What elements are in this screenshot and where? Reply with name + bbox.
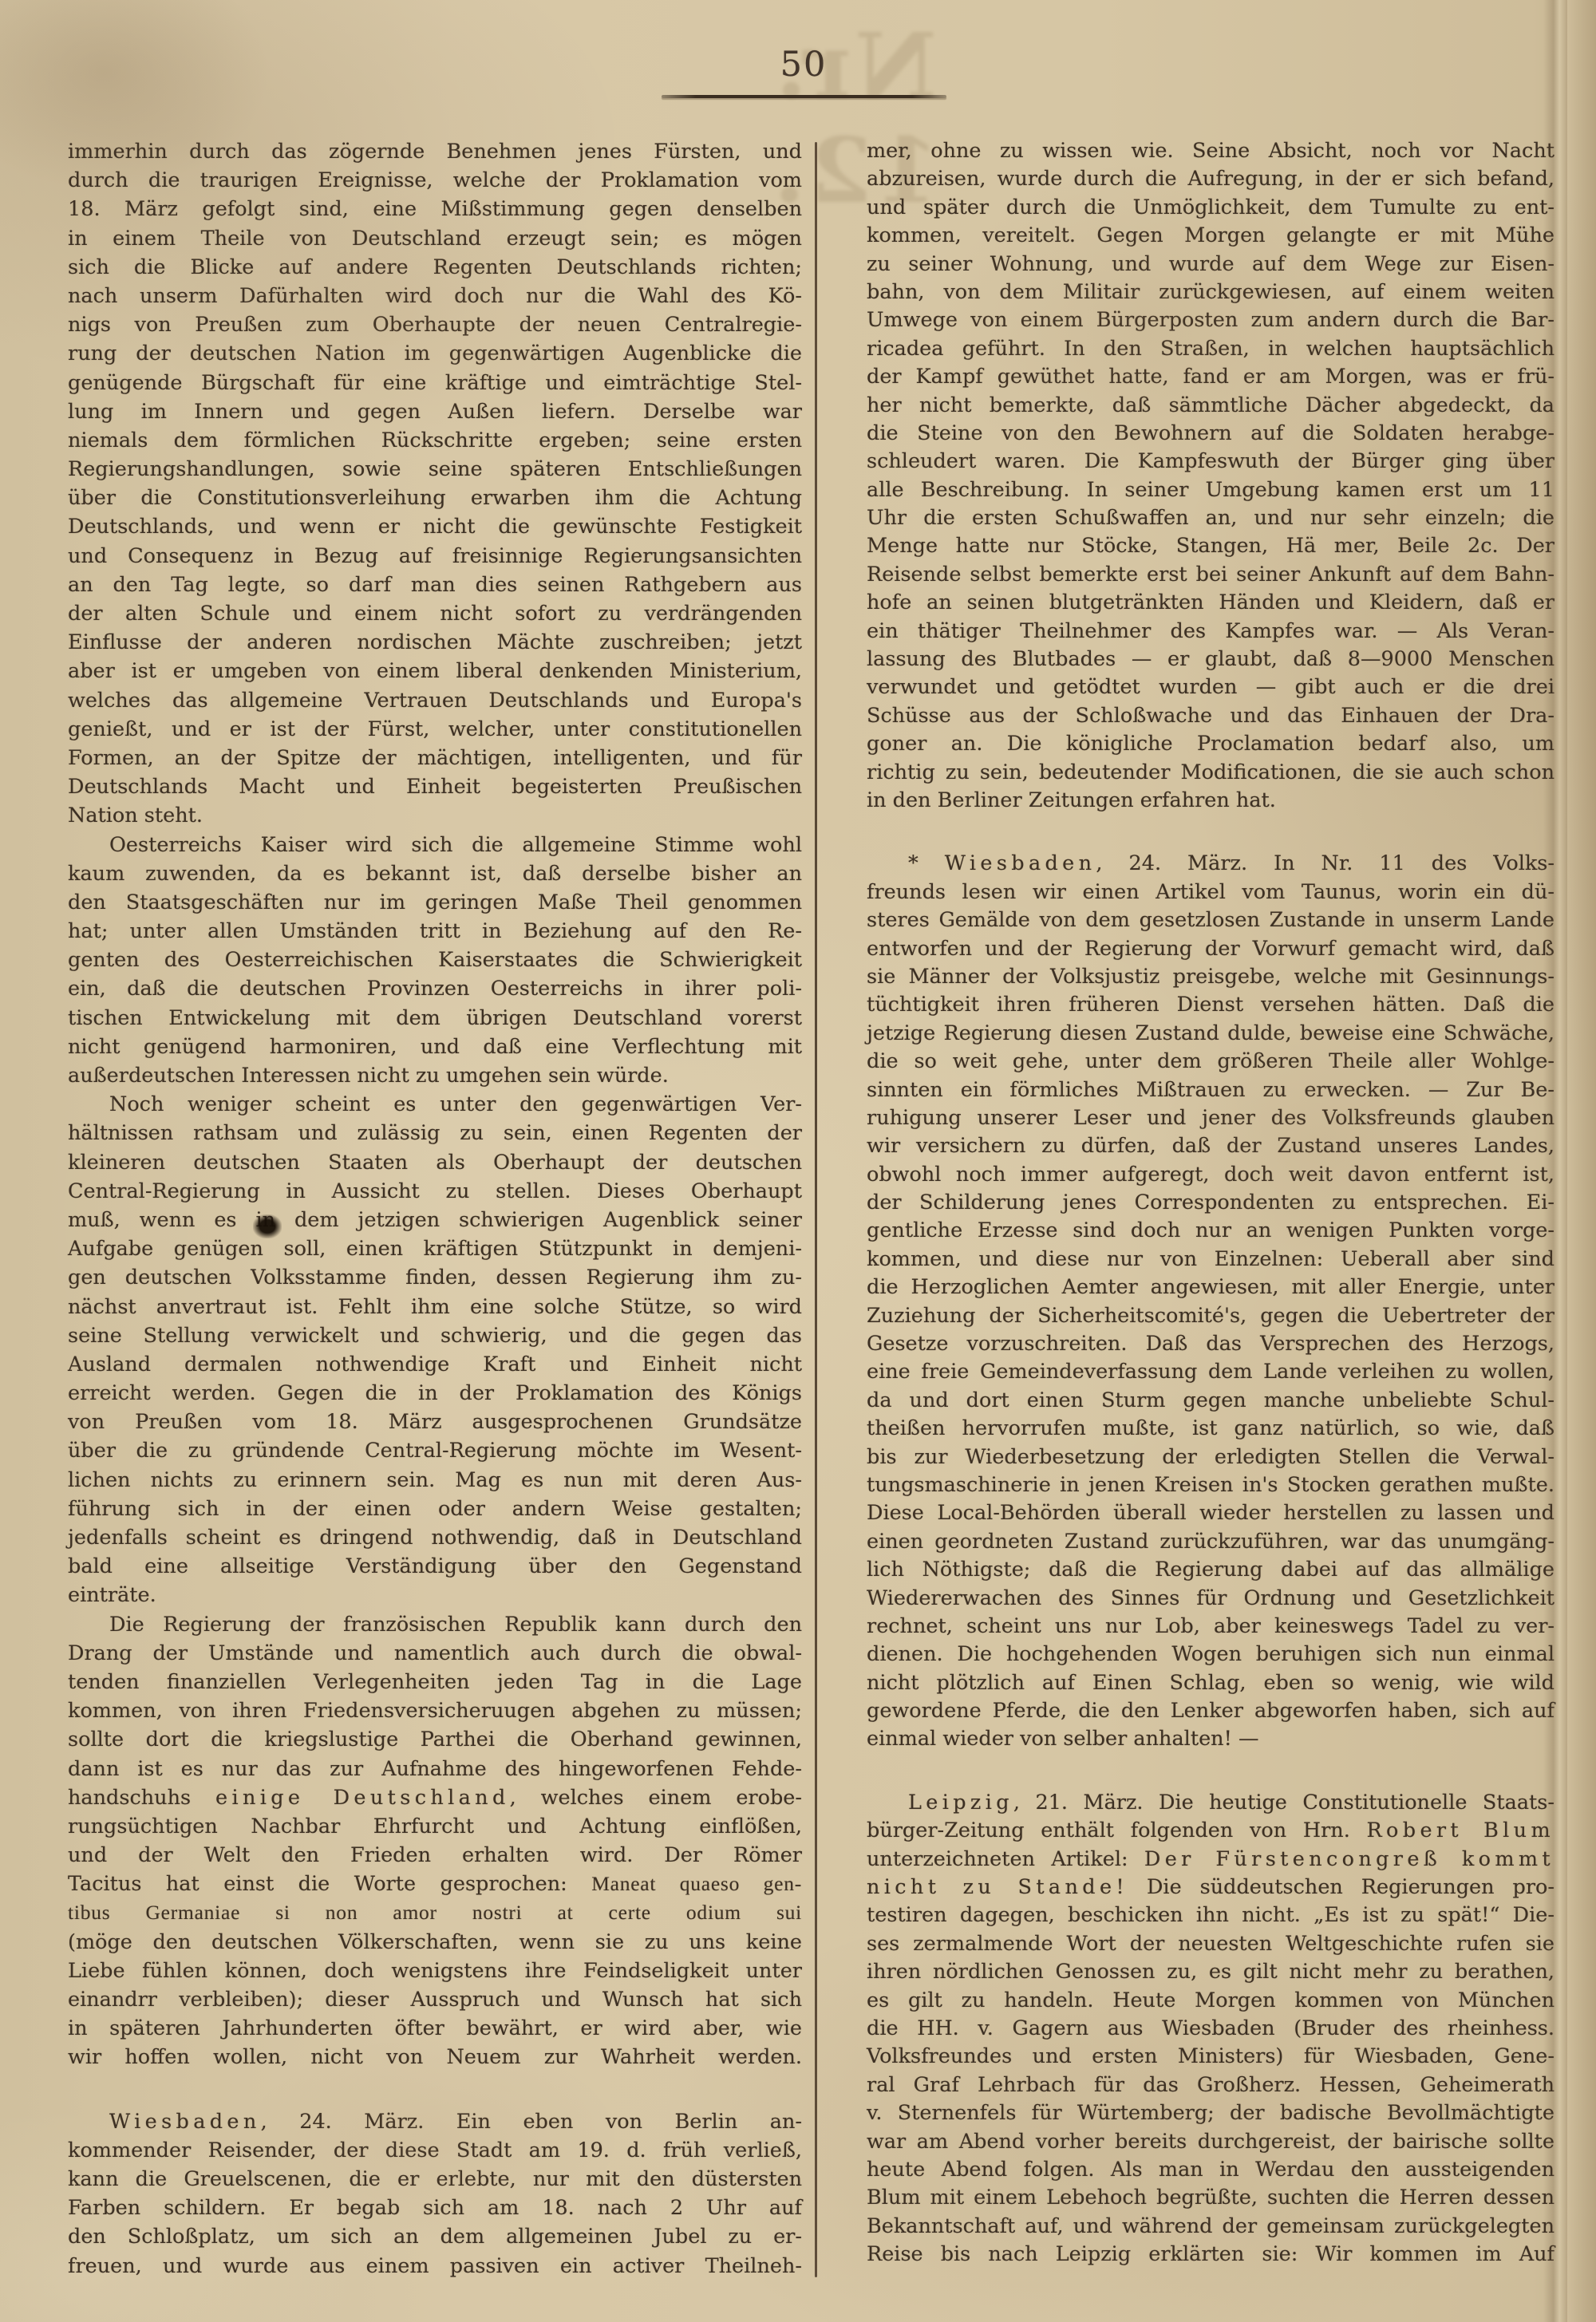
text-line: tenden finanziellen Verlegenheiten jeden… [68,1668,802,1696]
text-line: Leipzig, 21. März. Die heutige Constitut… [867,1789,1555,1817]
text-line: bürger-Zeitung enthält folgenden von Hrn… [867,1817,1555,1845]
text-line: bahn, von dem Militair zurückgewiesen, a… [867,278,1555,306]
text-line: lassung des Blutbades — er glaubt, daß 8… [867,646,1555,673]
text-line: freunds lesen wir einen Artikel vom Taun… [867,879,1555,906]
text-line: hofe an seinen blutgetränkten Händen und… [867,589,1555,617]
ink-blot: in [255,1208,275,1232]
text-line: tischen Entwickelung mit dem übrigen Deu… [68,1004,802,1033]
right-column: mer, ohne zu wissen wie. Seine Absicht, … [867,137,1555,2269]
text-line: von Preußen vom 18. März ausgesprochenen… [68,1408,802,1436]
text-line: sollte dort die kriegslustige Parthei di… [68,1725,802,1754]
text-line: Wiesbaden, 24. März. Ein eben von Berlin… [68,2107,802,2136]
text-line: es gilt zu handeln. Heute Morgen kommen … [867,1987,1555,2015]
text-line: einandrr verbleiben); dieser Ausspruch u… [68,1985,802,2014]
text-line: Tacitus hat einst die Worte gesprochen: … [68,1870,802,1898]
text-line: kommen, von ihren Friedensversicheruugen… [68,1696,802,1725]
text-line: bis zur Wiederbesetzung der erledigten S… [867,1443,1555,1471]
page-number: 50 [740,45,867,85]
text-line: und später durch die Unmöglichkeit, dem … [867,194,1555,222]
text-line: gewordene Pferde, die den Lenker abgewor… [867,1697,1555,1725]
text-line: Formen, an der Spitze der mächtigen, int… [68,744,802,772]
paragraph: immerhin durch das zögernde Benehmen jen… [68,137,802,831]
text-line: 18. März gefolgt sind, eine Mißstimmung … [68,195,802,223]
text-line: in späteren Jahrhunderten öfter bewährt,… [68,2014,802,2043]
text-line: Wiedererwachen des Sinnes für Ordnung un… [867,1585,1555,1613]
text-line: über die zu gründende Central-Regierung … [68,1436,802,1465]
text-line: gentliche Erzesse sind doch nur an wenig… [867,1217,1555,1245]
text-line: wir versichern zu dürfen, daß der Zustan… [867,1132,1555,1160]
text-line: in den Berliner Zeitungen erfahren hat. [867,787,1555,815]
text-line: lich Nöthigste; daß die Regierung dabei … [867,1556,1555,1584]
text-line: Volksfreundes und ersten Ministers) für … [867,2043,1555,2071]
text-line: über die Constitutionsverleihung erwarbe… [68,484,802,512]
text-line: unterzeichneten Artikel: Der Fürstencong… [867,1846,1555,1874]
text-line: wir hoffen wollen, nicht von Neuem zur W… [68,2043,802,2071]
text-line: genügende Bürgschaft für eine kräftige u… [68,369,802,397]
text-line: da und dort einen Sturm gegen manche unb… [867,1387,1555,1415]
text-line: theißen hervorrufen mußte, ist ganz natü… [867,1415,1555,1443]
text-line: dienen. Die hochgehenden Wogen beruhigen… [867,1641,1555,1668]
text-line: Einflusse der anderen nordischen Mächte … [68,628,802,657]
text-line: Bekanntschaft auf, und während der gemei… [867,2213,1555,2241]
text-line: nigs von Preußen zum Oberhaupte der neue… [68,310,802,339]
text-line: ses zermalmende Wort der neuesten Weltge… [867,1930,1555,1958]
text-line: Reise bis nach Leipzig erklärten sie: Wi… [867,2241,1555,2269]
text-line: die Herzoglichen Aemter angewiesen, mit … [867,1274,1555,1301]
text-line: kaum zuwenden, da es bekannt ist, daß de… [68,859,802,888]
text-line: seine Stellung verwickelt und schwierig,… [68,1321,802,1350]
header-rule [662,95,946,98]
text-line: Uhr die ersten Schußwaffen an, und nur s… [867,504,1555,532]
text-line: ral Graf Lehrbach für das Großherz. Hess… [867,2071,1555,2099]
text-line: entworfen und der Regierung der Vorwurf … [867,935,1555,963]
text-line: Deutschlands, und wenn er nicht die gewü… [68,512,802,541]
text-line: nächst anvertraut ist. Fehlt ihm eine so… [68,1293,802,1321]
text-line: ihren nördlichen Genossen zu, es gilt ni… [867,1958,1555,1986]
text-line: Noch weniger scheint es unter den gegenw… [68,1090,802,1119]
text-line: bald eine allseitige Verständigung über … [68,1552,802,1581]
text-line: muß, wenn es in dem jetzigen schwierigen… [68,1206,802,1234]
text-line: der Kampf gewüthet hatte, fand er am Mor… [867,363,1555,391]
newspaper-page: Nr. 12. 50 immerhin durch das zögernde B… [0,0,1596,2322]
text-line: rungsüchtigen Nachbar Ehrfurcht und Acht… [68,1812,802,1841]
text-line: ruhigung unserer Leser und jener des Vol… [867,1104,1555,1132]
text-line: nicht zu Stande! Die süddeutschen Regier… [867,1874,1555,1901]
text-line: v. Sternenfels für Würtemberg; der badis… [867,2099,1555,2127]
paragraph: Noch weniger scheint es unter den gegenw… [68,1090,802,1609]
text-line: alle Beschreibung. In seiner Umgebung ka… [867,476,1555,504]
paragraph: Leipzig, 21. März. Die heutige Constitut… [867,1789,1555,2269]
text-line: die so weit gehe, unter dem größeren The… [867,1048,1555,1076]
text-line: immerhin durch das zögernde Benehmen jen… [68,137,802,166]
text-line: erreicht werden. Gegen die in der Prokla… [68,1379,802,1408]
text-line: und der Welt den Frieden erhalten wird. … [68,1841,802,1870]
letterspaced-text: Der Fürstencongreß kommt [1144,1847,1555,1871]
text-line: einen geordneten Zustand zurückzuführen,… [867,1528,1555,1556]
text-line: den Staatsgeschäften nur im geringen Maß… [68,888,802,917]
paragraph: Wiesbaden, 24. März. Ein eben von Berlin… [68,2107,802,2281]
text-line: (möge den deutschen Völkerschaften, wenn… [68,1928,802,1957]
text-line: tibus Germaniae si non amor nostri at ce… [68,1898,802,1927]
text-line: obwohl noch immer aufgeregt, doch weit d… [867,1161,1555,1189]
text-line: mer, ohne zu wissen wie. Seine Absicht, … [867,137,1555,165]
left-column: immerhin durch das zögernde Benehmen jen… [68,137,802,2281]
text-line: welches das allgemeine Vertrauen Deutsch… [68,686,802,715]
paragraph: * Wiesbaden, 24. März. In Nr. 11 des Vol… [867,850,1555,1754]
text-line: Nation steht. [68,801,802,830]
text-line: aber ist er umgeben von einem liberal de… [68,657,802,685]
text-line: Gesetze vorzuschreiten. Daß das Versprec… [867,1330,1555,1358]
text-line: jedenfalls scheint es dringend nothwendi… [68,1523,802,1552]
text-line: hältnissen rathsam und zulässig zu sein,… [68,1119,802,1147]
text-line: freuen, und wurde aus einem passiven ein… [68,2252,802,2281]
text-line: lung im Innern und gegen Außen liefern. … [68,397,802,426]
text-line: nicht plötzlich auf Einen Schlag, eben s… [867,1669,1555,1697]
text-line: Aufgabe genügen soll, einen kräftigen St… [68,1234,802,1263]
text-line: sie Männer der Volksjustiz preisgebe, we… [867,963,1555,991]
text-line: kleineren deutschen Staaten als Oberhaup… [68,1148,802,1177]
letterspaced-text: nicht zu Stande! [867,1875,1128,1899]
text-line: Farben schildern. Er begab sich am 18. n… [68,2194,802,2222]
text-line: schleudert waren. Die Kampfeswuth der Bü… [867,448,1555,476]
text-line: der Schilderung jenes Correspondenten zu… [867,1189,1555,1217]
text-line: niemals dem förmlichen Rückschritte erge… [68,426,802,455]
text-line: kommender Reisender, der diese Stadt am … [68,2136,802,2165]
text-line: Deutschlands Macht und Einheit begeister… [68,772,802,801]
text-line: Blum mit einem Lebehoch begrüßte, suchte… [867,2184,1555,2212]
text-line: und Consequenz in Bezug auf freisinnige … [68,542,802,571]
text-line: tungsmaschinerie in jenen Kreisen in's S… [867,1471,1555,1499]
text-line: hat; unter allen Umständen tritt in Bezi… [68,917,802,946]
text-line: goner an. Die königliche Proclamation be… [867,730,1555,758]
text-line: kommen, vereitelt. Gegen Morgen gelangte… [867,222,1555,250]
text-line: Diese Local-Behörden überall wieder hers… [867,1499,1555,1527]
text-line: genten des Oesterreichischen Kaiserstaat… [68,946,802,974]
text-line: gen deutschen Volksstamme finden, dessen… [68,1263,802,1292]
column-divider [815,142,817,2277]
text-line: lichen nichts zu erinnern sein. Mag es n… [68,1466,802,1495]
text-line: nach unserm Dafürhalten wird doch nur di… [68,282,802,310]
text-line: Drang der Umstände und namentlich auch d… [68,1639,802,1668]
text-line: war am Abend vorher bereits durchgereist… [867,2128,1555,2156]
text-line: tüchtigkeit ihren früheren Dienst verseh… [867,991,1555,1019]
text-line: ricadea geführt. In den Straßen, in welc… [867,335,1555,363]
text-line: durch die traurigen Ereignisse, welche d… [68,166,802,195]
text-line: richtig zu sein, bedeutender Modificatio… [867,759,1555,787]
text-line: dann ist es nur das zur Aufnahme des hin… [68,1755,802,1783]
text-line: abzureisen, wurde durch die Aufregung, i… [867,165,1555,193]
text-line: sinnten ein förmliches Mißtrauen zu erwe… [867,1076,1555,1104]
text-line: in einem Theile von Deutschland erzeugt … [68,224,802,253]
text-line: kann die Greuelscenen, die er erlebte, n… [68,2165,802,2194]
text-line: testiren dagegen, beschicken ihn nicht. … [867,1901,1555,1929]
paragraph: Die Regierung der französischen Republik… [68,1610,802,2072]
text-line: kommen, und diese nur von Einzelnen: Ueb… [867,1246,1555,1274]
text-line: handschuhs einige Deutschland, welches e… [68,1783,802,1812]
text-line: eine freie Gemeindeverfassung dem Lande … [867,1358,1555,1386]
text-line: genießt, und er ist der Fürst, welcher, … [68,715,802,744]
text-line: ein, daß die deutschen Provinzen Oesterr… [68,974,802,1003]
letterspaced-text: Wiesbaden [109,2110,261,2134]
letterspaced-text: Robert Blum [1367,1819,1555,1842]
text-line: Liebe fühlen können, doch wenigstens ihr… [68,1957,802,1985]
text-line: Reisende selbst bemerkte erst bei seiner… [867,561,1555,589]
text-line: Central-Regierung in Aussicht zu stellen… [68,1177,802,1206]
letterspaced-text: Wiesbaden [945,851,1096,875]
paragraph: mer, ohne zu wissen wie. Seine Absicht, … [867,137,1555,815]
text-line: den Schloßplatz, um sich an dem allgemei… [68,2222,802,2251]
text-line: Regierungshandlungen, sowie seine später… [68,455,802,484]
text-line: einmal wieder von selber anhalten! — [867,1725,1555,1753]
text-line: rung der deutschen Nation im gegenwärtig… [68,339,802,368]
page-fold-shadow [1543,0,1567,2322]
paragraph: Oesterreichs Kaiser wird sich die allgem… [68,831,802,1091]
text-line: steres Gemälde von dem gesetzlosen Zusta… [867,906,1555,934]
text-line: * Wiesbaden, 24. März. In Nr. 11 des Vol… [867,850,1555,878]
text-line: jetzige Regierung diesen Zustand dulde, … [867,1020,1555,1048]
text-line: führung sich in der einen oder andern We… [68,1495,802,1523]
text-line: her nicht bemerkte, daß sämmtliche Däche… [867,392,1555,420]
text-line: heute Abend folgen. Als man in Werdau de… [867,2156,1555,2184]
text-line: Schüsse aus der Schloßwache und das Einh… [867,702,1555,730]
text-line: Menge hatte nur Stöcke, Stangen, Hä mer,… [867,532,1555,560]
text-line: der alten Schule und einem nicht sofort … [68,599,802,628]
page-edge [1567,0,1596,2322]
text-line: ein thätiger Theilnehmer des Kampfes war… [867,618,1555,646]
text-line: Zuziehung der Sicherheitscomité's, gegen… [867,1302,1555,1330]
text-line: nicht genügend harmoniren, und daß eine … [68,1033,802,1061]
text-line: rechnet, scheint uns nur Lob, aber keine… [867,1613,1555,1641]
text-line: einträte. [68,1581,802,1609]
text-line: Die Regierung der französischen Republik… [68,1610,802,1639]
text-line: Oesterreichs Kaiser wird sich die allgem… [68,831,802,859]
letterspaced-text: Leipzig [908,1791,1013,1815]
text-line: sich die Blicke auf andere Regenten Deut… [68,253,802,282]
text-line: die HH. v. Gagern aus Wiesbaden (Bruder … [867,2015,1555,2043]
letterspaced-text: einige Deutschland [215,1786,510,1810]
text-line: die Steine von den Bewohnern auf die Sol… [867,420,1555,448]
text-line: verwundet und getödtet wurden — gibt auc… [867,673,1555,701]
text-line: an den Tag legte, so darf man dies seine… [68,571,802,599]
text-line: Ausland dermalen nothwendige Kraft und E… [68,1350,802,1379]
latin-antiqua-text: Maneat quaeso gen- [591,1872,802,1895]
text-line: außerdeutschen Interessen nicht zu umgeh… [68,1061,802,1090]
latin-antiqua-text: tibus Germaniae si non amor nostri at ce… [68,1901,802,1924]
text-line: zu seiner Wohnung, und wurde auf dem Weg… [867,251,1555,278]
text-line: Umwege von einem Bürgerposten zum andern… [867,306,1555,334]
